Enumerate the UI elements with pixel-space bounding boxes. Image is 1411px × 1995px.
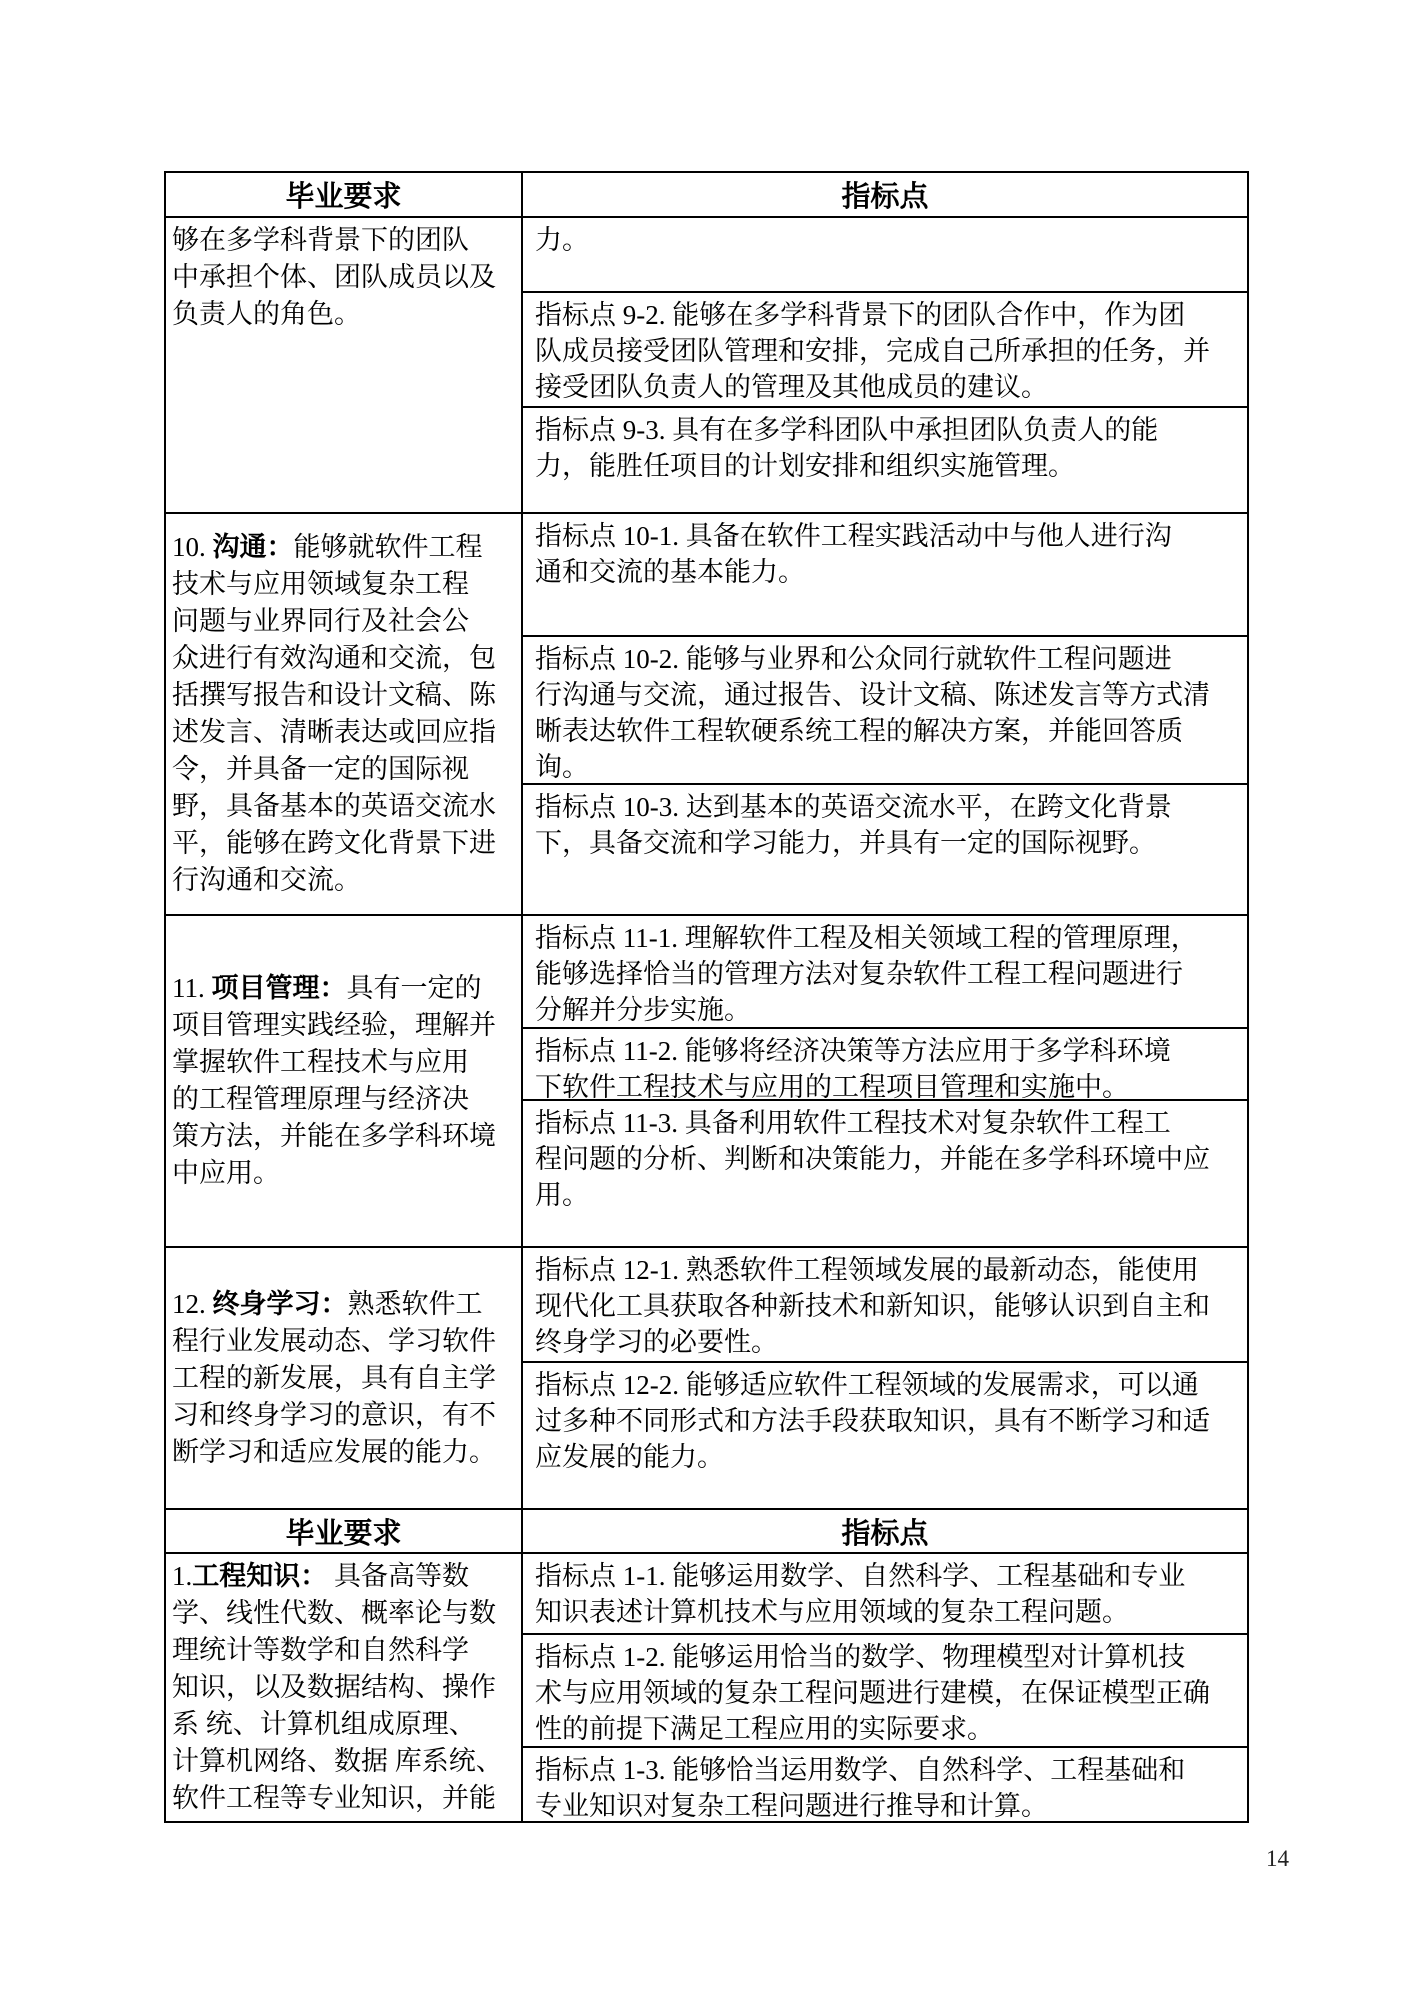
indicator-column: 指标点 1-1. 能够运用数学、自然科学、工程基础和专业 知识表述计算机技术与应… [523,1554,1247,1821]
requirement-term: 沟通： [213,532,294,562]
requirement-number: 11. [172,973,212,1003]
requirement-text: 10. 沟通：能够就软件工程 技术与应用领域复杂工程 问题与业界同行及社会公 众… [172,529,515,899]
table-row-requirement-12: 12. 终身学习：熟悉软件工 程行业发展动态、学习软件 工程的新发展，具有自主学… [166,1248,1247,1510]
table-header-row: 毕业要求 指标点 [166,1510,1247,1554]
indicator-column: 指标点 11-1. 理解软件工程及相关领域工程的管理原理， 能够选择恰当的管理方… [523,916,1247,1246]
indicator-cell-1-1: 指标点 1-1. 能够运用数学、自然科学、工程基础和专业 知识表述计算机技术与应… [523,1554,1247,1633]
table-header-requirements: 毕业要求 [166,1510,523,1552]
requirement-number: 12. [172,1289,213,1319]
indicator-column: 指标点 10-1. 具备在软件工程实践活动中与他人进行沟 通和交流的基本能力。 … [523,514,1247,914]
table-row-requirement-10: 10. 沟通：能够就软件工程 技术与应用领域复杂工程 问题与业界同行及社会公 众… [166,514,1247,916]
indicator-cell-10-3: 指标点 10-3. 达到基本的英语交流水平，在跨文化背景 下，具备交流和学习能力… [523,783,1247,914]
table-row-requirement-1: 1.工程知识： 具备高等数 学、线性代数、概率论与数 理统计等数学和自然科学 知… [166,1554,1247,1821]
requirement-number: 10. [172,532,213,562]
requirement-cell: 10. 沟通：能够就软件工程 技术与应用领域复杂工程 问题与业界同行及社会公 众… [166,514,523,914]
indicator-cell-11-1: 指标点 11-1. 理解软件工程及相关领域工程的管理原理， 能够选择恰当的管理方… [523,916,1247,1027]
table-header-indicators: 指标点 [523,173,1247,216]
indicator-cell-10-2: 指标点 10-2. 能够与业界和公众同行就软件工程问题进 行沟通与交流，通过报告… [523,635,1247,782]
indicator-cell-9-3: 指标点 9-3. 具有在多学科团队中承担团队负责人的能 力，能胜任项目的计划安排… [523,406,1247,512]
requirement-body: 能够就软件工程 技术与应用领域复杂工程 问题与业界同行及社会公 众进行有效沟通和… [172,532,496,895]
indicator-cell-12-1: 指标点 12-1. 熟悉软件工程领域发展的最新动态，能使用 现代化工具获取各种新… [523,1248,1247,1361]
table-row-requirement-11: 11. 项目管理：具有一定的 项目管理实践经验，理解并 掌握软件工程技术与应用 … [166,916,1247,1248]
requirements-indicators-table: 毕业要求 指标点 够在多学科背景下的团队 中承担个体、团队成员以及 负责人的角色… [164,171,1249,1823]
indicator-cell-1-3: 指标点 1-3. 能够恰当运用数学、自然科学、工程基础和 专业知识对复杂工程问题… [523,1746,1247,1821]
requirement-text: 11. 项目管理：具有一定的 项目管理实践经验，理解并 掌握软件工程技术与应用 … [172,970,515,1192]
table-row-requirement-9: 够在多学科背景下的团队 中承担个体、团队成员以及 负责人的角色。 力。 指标点 … [166,218,1247,514]
requirement-term: 终身学习： [213,1289,348,1319]
indicator-cell-1-2: 指标点 1-2. 能够运用恰当的数学、物理模型对计算机技 术与应用领域的复杂工程… [523,1633,1247,1746]
requirement-number: 1. [172,1561,192,1591]
requirement-text: 够在多学科背景下的团队 中承担个体、团队成员以及 负责人的角色。 [172,222,515,333]
requirement-cell: 11. 项目管理：具有一定的 项目管理实践经验，理解并 掌握软件工程技术与应用 … [166,916,523,1246]
requirement-text: 1.工程知识： 具备高等数 学、线性代数、概率论与数 理统计等数学和自然科学 知… [172,1558,515,1817]
indicator-cell-9-1-cont: 力。 [523,218,1247,291]
requirement-body: 够在多学科背景下的团队 中承担个体、团队成员以及 负责人的角色。 [172,225,496,329]
requirement-cell: 1.工程知识： 具备高等数 学、线性代数、概率论与数 理统计等数学和自然科学 知… [166,1554,523,1821]
requirement-cell: 12. 终身学习：熟悉软件工 程行业发展动态、学习软件 工程的新发展，具有自主学… [166,1248,523,1508]
indicator-cell-9-2: 指标点 9-2. 能够在多学科背景下的团队合作中，作为团 队成员接受团队管理和安… [523,291,1247,406]
page-number: 14 [1266,1846,1289,1872]
requirement-body: 具有一定的 项目管理实践经验，理解并 掌握软件工程技术与应用 的工程管理原理与经… [172,973,496,1188]
requirement-cell: 够在多学科背景下的团队 中承担个体、团队成员以及 负责人的角色。 [166,218,523,512]
table-header-indicators: 指标点 [523,1510,1247,1552]
indicator-cell-12-2: 指标点 12-2. 能够适应软件工程领域的发展需求，可以通 过多种不同形式和方法… [523,1361,1247,1508]
requirement-term: 工程知识： [192,1561,327,1591]
requirement-body: 具备高等数 学、线性代数、概率论与数 理统计等数学和自然科学 知识，以及数据结构… [172,1561,503,1813]
requirement-text: 12. 终身学习：熟悉软件工 程行业发展动态、学习软件 工程的新发展，具有自主学… [172,1286,515,1471]
indicator-cell-11-2: 指标点 11-2. 能够将经济决策等方法应用于多学科环境 下软件工程技术与应用的… [523,1027,1247,1099]
requirement-term: 项目管理： [212,973,347,1003]
document-page: 毕业要求 指标点 够在多学科背景下的团队 中承担个体、团队成员以及 负责人的角色… [0,0,1411,1995]
indicator-cell-10-1: 指标点 10-1. 具备在软件工程实践活动中与他人进行沟 通和交流的基本能力。 [523,514,1247,635]
indicator-column: 指标点 12-1. 熟悉软件工程领域发展的最新动态，能使用 现代化工具获取各种新… [523,1248,1247,1508]
indicator-column: 力。 指标点 9-2. 能够在多学科背景下的团队合作中，作为团 队成员接受团队管… [523,218,1247,512]
table-header-requirements: 毕业要求 [166,173,523,216]
table-header-row: 毕业要求 指标点 [166,173,1247,218]
indicator-cell-11-3: 指标点 11-3. 具备利用软件工程技术对复杂软件工程工 程问题的分析、判断和决… [523,1099,1247,1246]
